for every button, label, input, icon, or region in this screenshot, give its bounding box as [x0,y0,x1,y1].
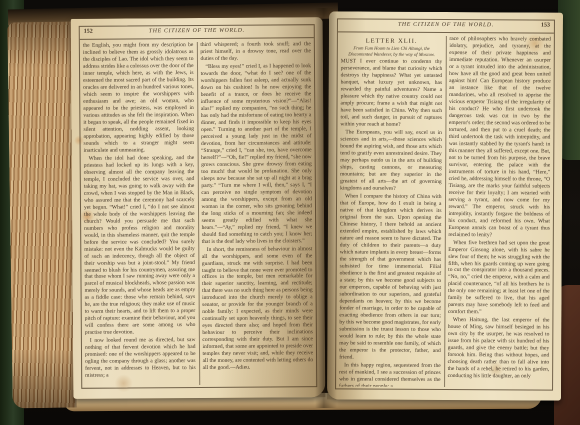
paragraph: The Europeans, you will say, excel us in… [340,130,442,193]
paragraph: MUST I ever continue to condemn thy pers… [340,59,442,129]
left-page-column-1: the English, you might from my descripti… [82,42,200,386]
paragraph: When five brethren had set upon the grea… [448,240,550,317]
paragraph: “Bless my eyes!” cried I, as I happened … [200,63,312,245]
left-page: 152 THE CITIZEN OF THE WORLD. the Englis… [71,17,326,399]
paragraph: race of philosophers who bravely combate… [448,36,551,239]
left-page-running-head: THE CITIZEN OF THE WORLD. [80,27,314,35]
page-block-fore-edge [7,22,76,409]
right-page-running-head: THE CITIZEN OF THE WORLD. [338,21,554,28]
paragraph: third whispered; a fourth took snuff; an… [200,41,311,63]
right-page: THE CITIZEN OF THE WORLD. 153 LETTER XLI… [327,11,563,400]
letter-heading: LETTER XLII. [341,37,443,45]
paragraph: In this happy region, sequestered from t… [339,362,441,387]
right-page-column-1: LETTER XLII. From Fum Hoam to Lien Chi A… [338,35,446,387]
paragraph: I now looked round me as directed, but s… [85,337,196,380]
paragraph: When I compare the history of China with… [339,194,441,362]
left-page-columns: the English, you might from my descripti… [80,38,316,388]
right-page-header: THE CITIZEN OF THE WORLD. 153 [338,19,554,33]
paragraph: In short, the remissness of behaviour in… [202,246,313,372]
paragraph: When the idol had done speaking, and the… [84,155,196,337]
left-page-header: 152 THE CITIZEN OF THE WORLD. [80,25,314,40]
paragraph: When Haitung, the last emperor of the ho… [448,317,550,380]
left-page-column-2: third whispered; a fourth took snuff; an… [197,41,314,385]
right-page-column-2: race of philosophers who bravely combate… [445,36,552,388]
right-page-text-frame: THE CITIZEN OF THE WORLD. 153 LETTER XLI… [335,18,555,390]
letter-subtitle: From Fum Hoam to Lien Chi Altangi, the D… [343,45,441,57]
right-page-number: 153 [541,22,550,28]
paragraph: the English, you might from my descripti… [83,42,194,155]
right-page-columns: LETTER XLII. From Fum Hoam to Lien Chi A… [336,32,554,389]
book-photo: 152 THE CITIZEN OF THE WORLD. the Englis… [0,0,580,425]
left-page-text-frame: 152 THE CITIZEN OF THE WORLD. the Englis… [79,24,318,389]
